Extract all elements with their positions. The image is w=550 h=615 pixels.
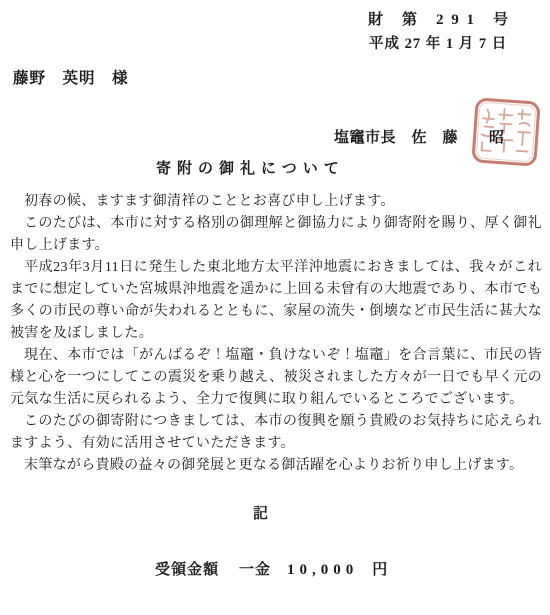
sender-name: 塩竈市長 佐 藤 昭 [334,126,505,147]
letter-body: 初春の候、ますます御清祥のこととお喜び申し上げます。 このたびは、本市に対する格… [10,191,542,477]
addressee-name: 藤野 英明 様 [13,66,129,88]
body-paragraph: 初春の候、ますます御清祥のこととお喜び申し上げます。 [10,191,542,213]
amount-prefix: 一金 [239,562,271,578]
amount-label: 受領金額 [155,562,219,578]
body-paragraph: 平成23年3月11日に発生した東北地方太平洋沖地震におきましては、我々がこれまで… [10,257,542,345]
body-paragraph: 現在、本市では「がんばるぞ！塩竈・負けないぞ！塩竈」を合言葉に、市民の皆様と心を… [10,345,542,411]
body-paragraph: 末筆ながら貴殿の益々の御発展と更なる御活躍を心よりお祈り申し上げます。 [10,455,542,477]
amount-line: 受領金額一金10,000円 [155,558,387,579]
doc-number: 財 第 2 9 1 号 [368,8,510,29]
body-paragraph: このたびの御寄附につきましては、本市の復興を願う貴殿のお気持ちに応えられますよう… [10,411,542,455]
letter-title: 寄附の御礼について [156,157,345,178]
amount-value: 10,000 [287,562,358,578]
letter-page: 財 第 2 9 1 号 平成 27 年 1 月 7 日 藤野 英明 様 塩竈市長… [0,0,550,615]
doc-date: 平成 27 年 1 月 7 日 [369,32,507,53]
body-paragraph: このたびは、本市に対する格別の御理解と御協力により御寄附を賜り、厚く御礼申し上げ… [10,213,542,257]
amount-unit: 円 [372,562,387,578]
record-marker: 記 [253,502,268,523]
